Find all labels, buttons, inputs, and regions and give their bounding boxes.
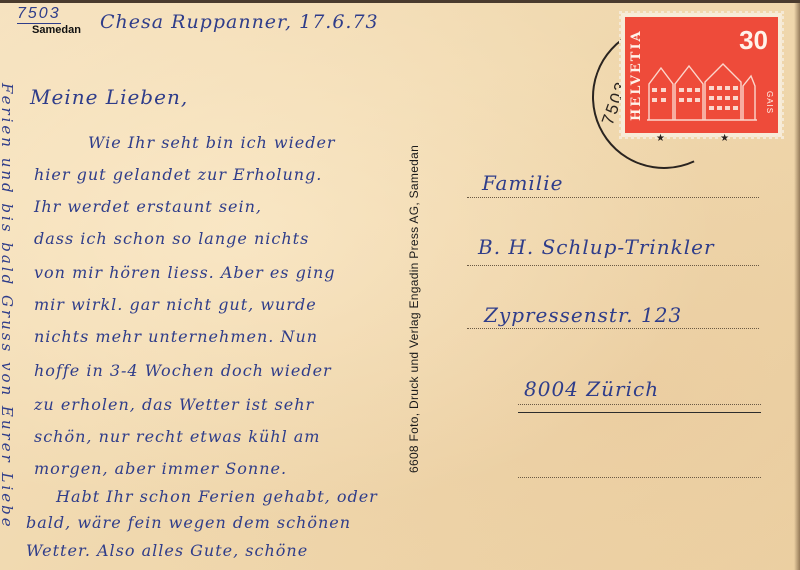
message-line: Wetter. Also alles Gute, schöne bbox=[26, 541, 308, 560]
place-and-date: Chesa Ruppanner, 17.6.73 bbox=[100, 11, 379, 33]
address-dotted-line bbox=[467, 197, 759, 198]
building-icon bbox=[647, 62, 757, 122]
stamp-country: HELVETIA bbox=[629, 29, 644, 121]
greeting: Meine Lieben, bbox=[30, 85, 188, 109]
stamp-place: GAIS bbox=[765, 91, 774, 114]
message-line: hoffe in 3-4 Wochen doch wieder bbox=[34, 361, 332, 380]
message-line: hier gut gelandet zur Erholung. bbox=[34, 165, 322, 184]
postcard: 7503 Samedan Chesa Ruppanner, 17.6.73 Fe… bbox=[0, 0, 800, 570]
message-line: nichts mehr unternehmen. Nun bbox=[34, 327, 318, 346]
publisher-imprint: 6608 Foto, Druck und Verlag Engadin Pres… bbox=[407, 145, 421, 473]
message-line: von mir hören liess. Aber es ging bbox=[34, 263, 336, 282]
address-dotted-line bbox=[467, 328, 759, 329]
city-underline bbox=[518, 412, 761, 413]
message-line: dass ich schon so lange nichts bbox=[34, 229, 309, 248]
message-line: Wie Ihr seht bin ich wieder bbox=[88, 133, 336, 152]
side-note-vertical: Ferien und bis bald Gruss von Eurer Lieb… bbox=[0, 83, 16, 553]
address-line: Familie bbox=[482, 171, 563, 195]
handwritten-code: 7503 bbox=[17, 5, 61, 24]
message-line: mir wirkl. gar nicht gut, wurde bbox=[34, 295, 317, 314]
postmark-stars: ★ ★ bbox=[656, 133, 755, 144]
address-dotted-line bbox=[518, 404, 761, 405]
address-line: Zypressenstr. 123 bbox=[484, 303, 682, 327]
stamp-value: 30 bbox=[739, 25, 768, 56]
address-dotted-line bbox=[518, 477, 761, 478]
address-line: B. H. Schlup-Trinkler bbox=[478, 235, 715, 259]
message-line: zu erholen, das Wetter ist sehr bbox=[34, 395, 314, 414]
message-line: bald, wäre fein wegen dem schönen bbox=[26, 513, 351, 532]
message-line: schön, nur recht etwas kühl am bbox=[34, 427, 320, 446]
message-line: Habt Ihr schon Ferien gehabt, oder bbox=[56, 487, 378, 506]
message-line: Ihr werdet erstaunt sein, bbox=[34, 197, 262, 216]
message-line: morgen, aber immer Sonne. bbox=[34, 459, 287, 478]
printed-place-label: Samedan bbox=[32, 24, 81, 36]
postage-stamp: HELVETIA 30 GAIS bbox=[625, 17, 778, 133]
address-line: 8004 Zürich bbox=[524, 377, 659, 401]
address-dotted-line bbox=[467, 265, 759, 266]
